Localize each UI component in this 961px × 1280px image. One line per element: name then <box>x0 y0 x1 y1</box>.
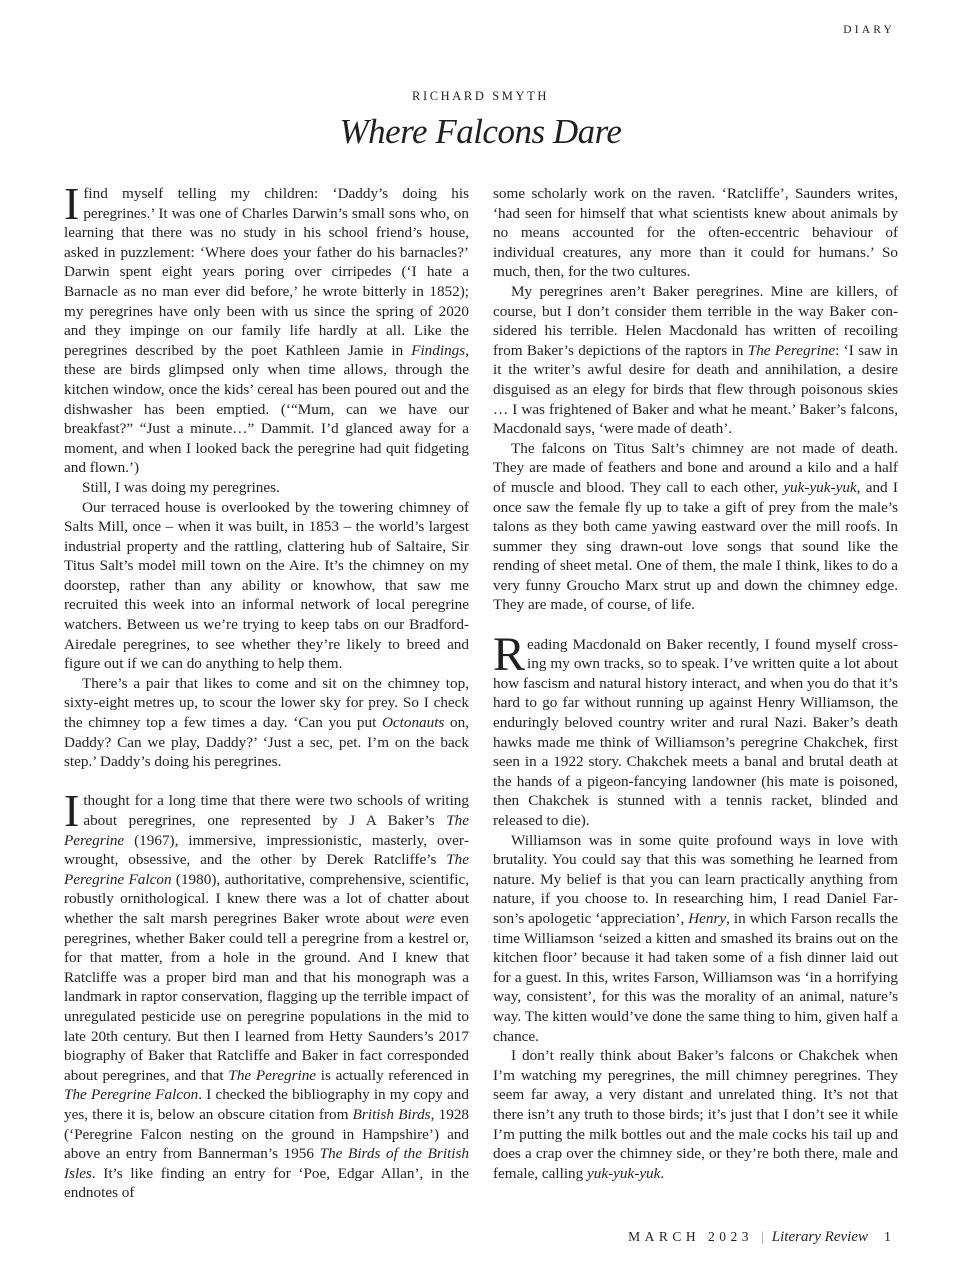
article-paragraph: some scholarly work on the raven. ‘Ratcl… <box>493 184 898 282</box>
article-paragraph: Ifind myself telling my children: ‘Daddy… <box>64 184 469 478</box>
article-paragraph: I don’t really think about Baker’s falco… <box>493 1046 898 1183</box>
article-paragraph: Williamson was in some quite profound wa… <box>493 831 898 1047</box>
article-paragraph: Reading Macdonald on Baker recently, I f… <box>493 635 898 831</box>
article-column-right: some scholarly work on the raven. ‘Ratcl… <box>493 184 898 1183</box>
drop-cap: I <box>64 793 79 829</box>
article-paragraph: My peregrines aren’t Baker peregrines. M… <box>493 282 898 439</box>
article-paragraph: There’s a pair that likes to come and si… <box>64 674 469 772</box>
article-paragraph: Still, I was doing my peregrines. <box>64 478 469 498</box>
article-column-left: Ifind myself telling my children: ‘Daddy… <box>64 184 469 1203</box>
issue-date: MARCH 2023 <box>628 1229 753 1244</box>
drop-cap: I <box>64 186 79 222</box>
article-paragraph: Ithought for a long time that there were… <box>64 791 469 1202</box>
article-paragraph: The falcons on Titus Salt’s chimney are … <box>493 439 898 615</box>
drop-cap: R <box>493 637 525 673</box>
footer-separator: | <box>761 1230 764 1245</box>
page-number: 1 <box>884 1230 891 1245</box>
article-title: Where Falcons Dare <box>0 112 961 152</box>
author-byline: RICHARD SMYTH <box>0 89 961 104</box>
section-label: DIARY <box>843 24 895 36</box>
article-paragraph: Our terraced house is overlooked by the … <box>64 498 469 674</box>
magazine-name: Literary Review <box>772 1229 868 1245</box>
page-footer: MARCH 2023|Literary Review1 <box>628 1229 891 1246</box>
